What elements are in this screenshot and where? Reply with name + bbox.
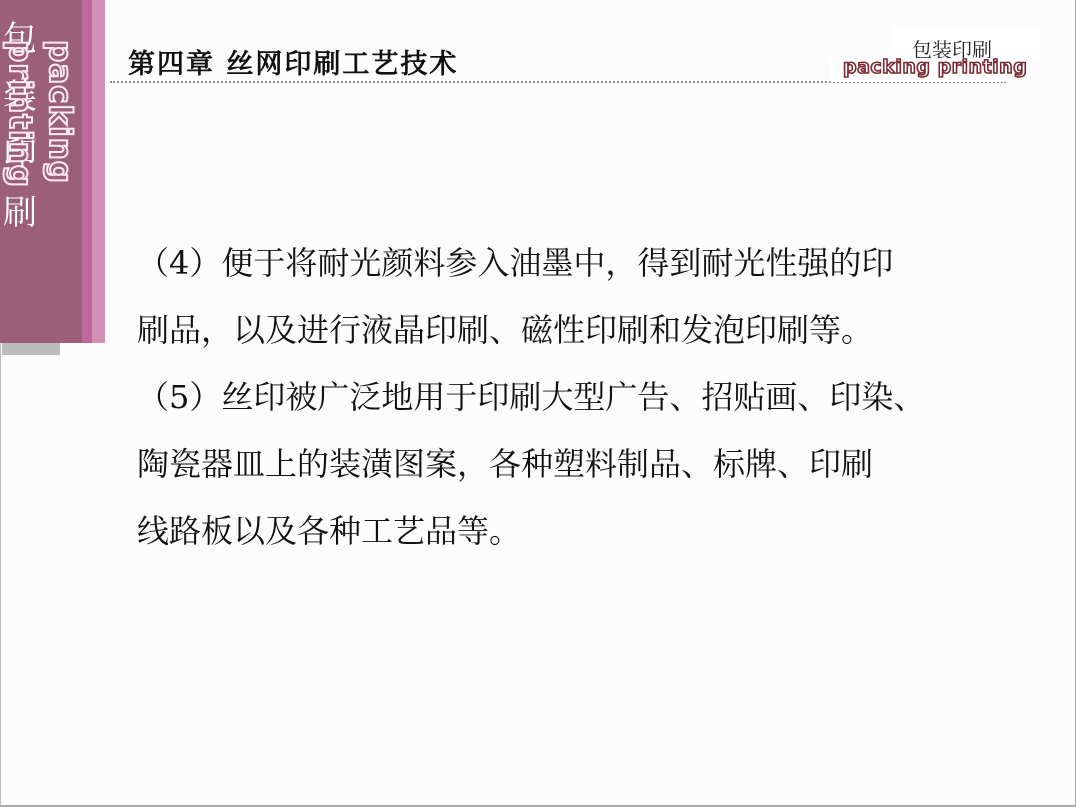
brand-english: packing printing [843, 56, 1027, 78]
sidebar-stripe-dark [82, 0, 92, 343]
sidebar-char: 刷 [0, 184, 40, 242]
slide-body: （4）便于将耐光颜料参入油墨中，得到耐光性强的印 刷品，以及进行液晶印刷、磁性印… [137, 230, 1027, 565]
body-line: 线路板以及各种工艺品等。 [137, 498, 1027, 565]
body-line: （5）丝印被广泛地用于印刷大型广告、招贴画、印染、 [137, 364, 1027, 431]
body-line: （4）便于将耐光颜料参入油墨中，得到耐光性强的印 [137, 230, 1027, 297]
sidebar-shadow [2, 343, 60, 355]
chapter-title: 第四章 丝网印刷工艺技术 [128, 42, 458, 81]
body-line: 刷品，以及进行液晶印刷、磁性印刷和发泡印刷等。 [137, 297, 1027, 364]
sidebar-stripe-light [92, 0, 105, 343]
sidebar-vertical-english: packing printing [40, 40, 80, 340]
body-line: 陶瓷器皿上的装潢图案，各种塑料制品、标牌、印刷 [137, 431, 1027, 498]
